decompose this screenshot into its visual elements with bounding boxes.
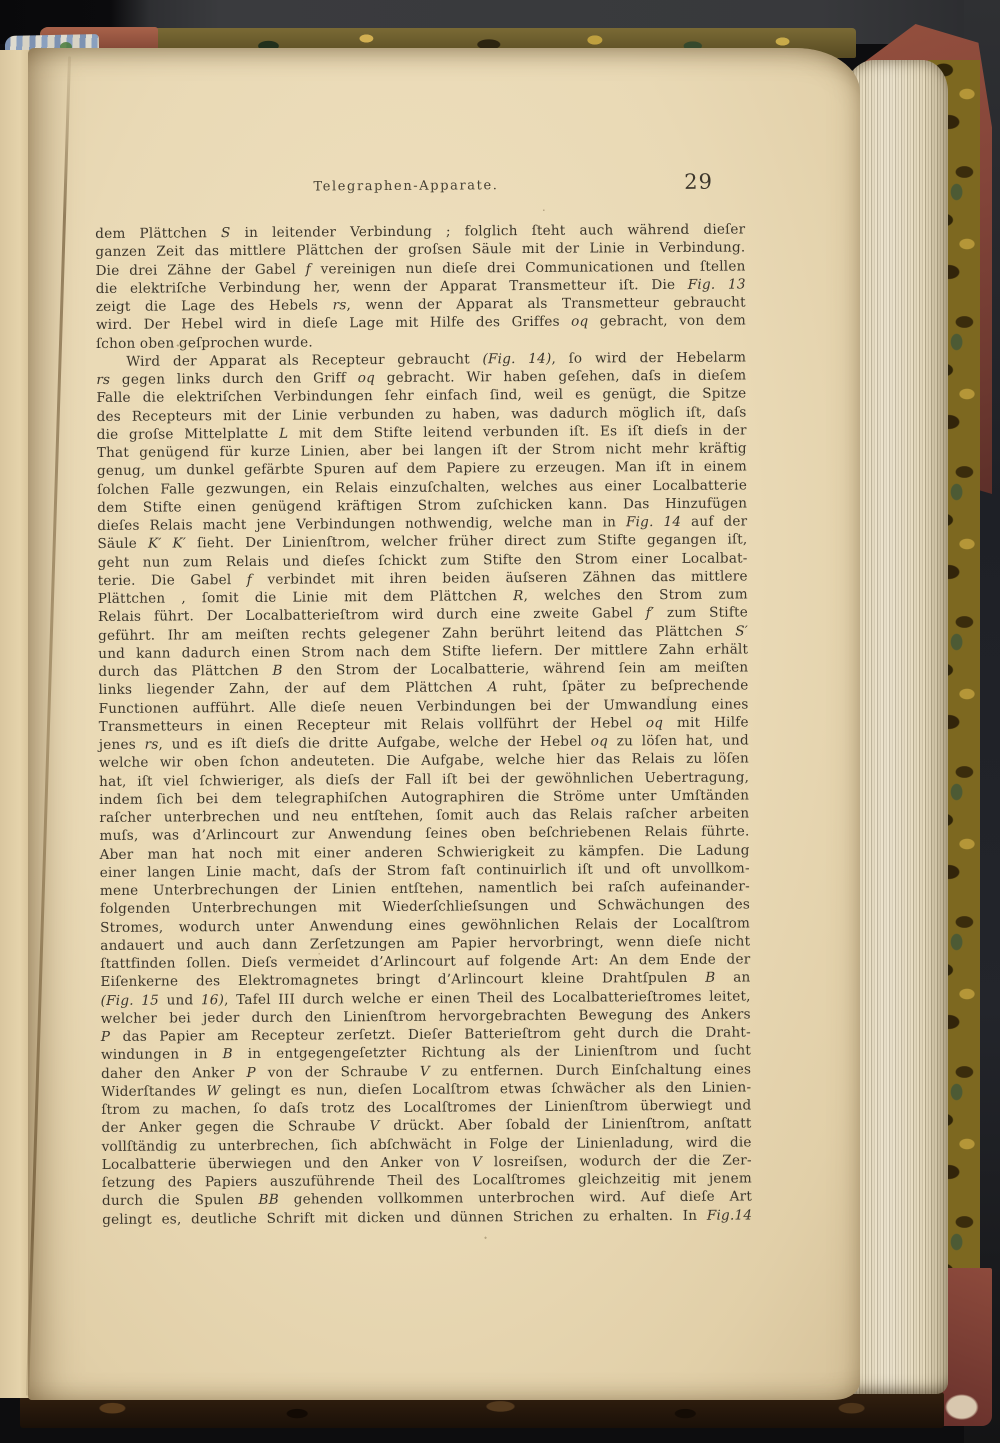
book-scan: Telegraphen-Apparate. 29 dem Plättchen S… (0, 0, 1000, 1443)
page-number: 29 (684, 170, 713, 194)
printed-text-layer: Telegraphen-Apparate. 29 dem Plättchen S… (95, 176, 745, 207)
running-title: Telegraphen-Apparate. (81, 177, 731, 197)
running-head: Telegraphen-Apparate. 29 (95, 176, 745, 207)
body-text: dem Plättchen S in leitender Verbindung … (95, 220, 752, 1228)
